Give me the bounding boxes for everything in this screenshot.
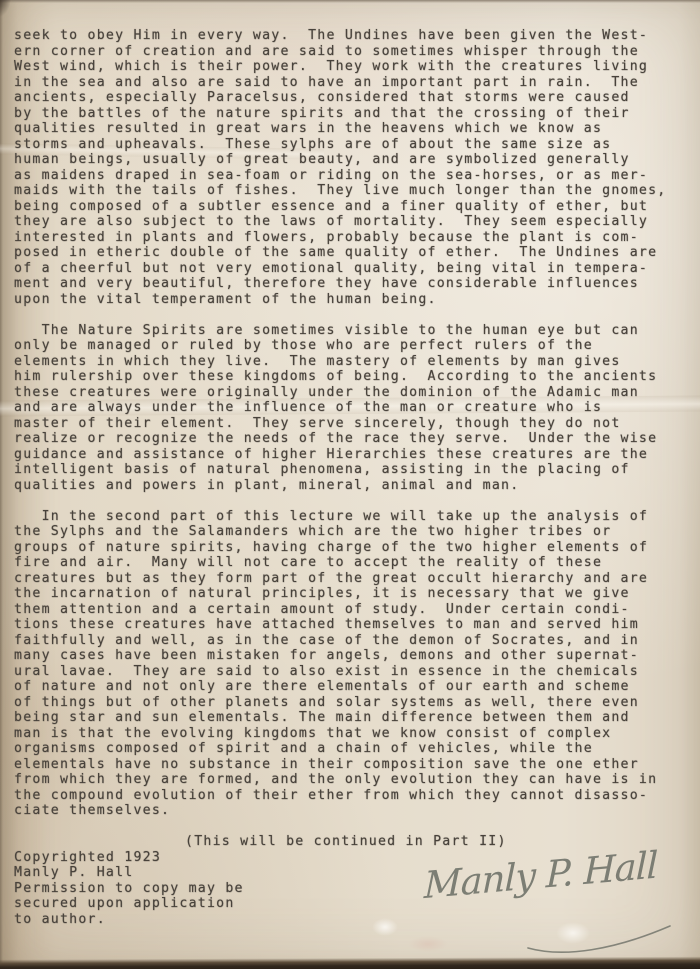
- signature-underline: [524, 924, 674, 954]
- typewritten-text-block: seek to obey Him in every way. The Undin…: [14, 28, 694, 927]
- paper-corner-mark: [0, 0, 11, 17]
- paper-edge-top: [0, 0, 700, 3]
- paragraph-nature-spirits: The Nature Spirits are sometimes visible…: [14, 323, 694, 494]
- document-page: seek to obey Him in every way. The Undin…: [0, 0, 700, 969]
- paragraph-second-part: In the second part of this lecture we wi…: [14, 509, 694, 819]
- signature: Manly P. Hall: [424, 864, 680, 956]
- paper-edge-left: [0, 0, 3, 969]
- photo-dark-edge-bottom: [0, 956, 700, 969]
- paragraph-undines: seek to obey Him in every way. The Undin…: [14, 28, 694, 307]
